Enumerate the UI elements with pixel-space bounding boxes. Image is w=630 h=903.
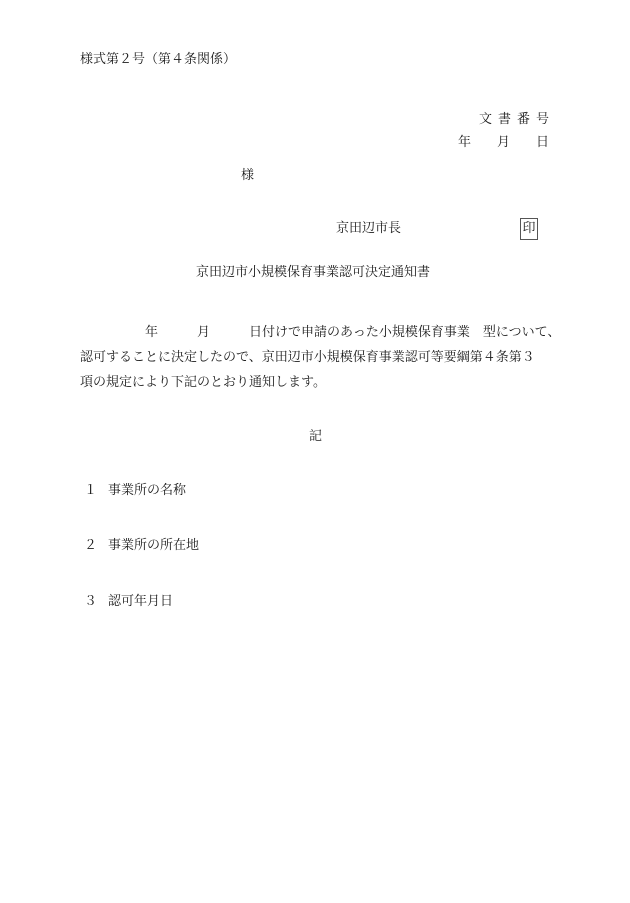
form-number: 様式第２号（第４条関係） — [80, 53, 236, 66]
ki-heading: 記 — [309, 430, 322, 443]
addressee-suffix: 様 — [241, 169, 254, 182]
seal-stamp-box: 印 — [520, 218, 538, 240]
item-number: １ — [84, 484, 108, 497]
item-label: 事業所の所在地 — [108, 538, 199, 553]
body-line-3: 項の規定により下記のとおり通知します。 — [80, 370, 552, 395]
body-line-2: 認可することに決定したので、京田辺市小規模保育事業認可等要綱第４条第３ — [80, 345, 552, 370]
date-month-label: 月 — [497, 131, 510, 154]
body-paragraph: 年 月 日付けで申請のあった小規模保育事業 型について、 認可することに決定した… — [80, 320, 552, 395]
item-label: 事業所の名称 — [108, 483, 186, 498]
document-meta: 文書番号 年月日 — [458, 108, 549, 154]
body-line-1: 年 月 日付けで申請のあった小規模保育事業 型について、 — [80, 320, 552, 345]
date-year-label: 年 — [458, 131, 471, 154]
list-item: ２事業所の所在地 — [84, 539, 199, 552]
document-title: 京田辺市小規模保育事業認可決定通知書 — [196, 266, 430, 279]
item-label: 認可年月日 — [108, 594, 173, 609]
date-day-label: 日 — [536, 131, 549, 154]
list-item: ３認可年月日 — [84, 595, 173, 608]
document-date: 年月日 — [458, 131, 549, 154]
document-number-label: 文書番号 — [458, 108, 555, 131]
item-number: ２ — [84, 539, 108, 552]
item-number: ３ — [84, 595, 108, 608]
issuer-name: 京田辺市長 — [336, 222, 401, 235]
list-item: １事業所の名称 — [84, 484, 186, 497]
